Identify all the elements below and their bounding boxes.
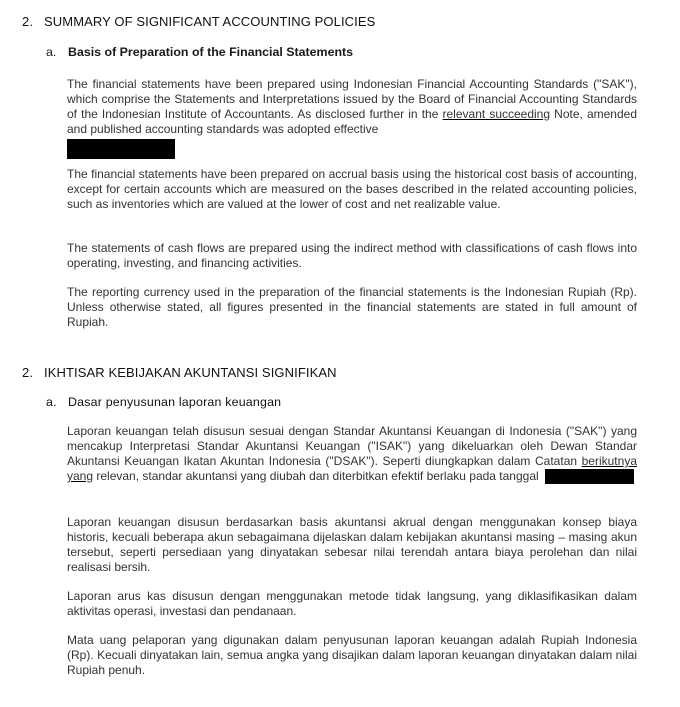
paragraph-en-1: The financial statements have been prepa…: [67, 77, 637, 159]
section-heading-id: 2.IKHTISAR KEBIJAKAN AKUNTANSI SIGNIFIKA…: [22, 365, 337, 380]
paragraph-en-4: The reporting currency used in the prepa…: [67, 285, 637, 330]
section-heading-en: 2.SUMMARY OF SIGNIFICANT ACCOUNTING POLI…: [22, 14, 375, 29]
paragraph-id-1: Laporan keuangan telah disusun sesuai de…: [67, 424, 637, 484]
subsection-letter: a.: [46, 45, 68, 59]
section-title: IKHTISAR KEBIJAKAN AKUNTANSI SIGNIFIKAN: [44, 365, 337, 380]
paragraph-id-4: Mata uang pelaporan yang digunakan dalam…: [67, 633, 637, 678]
underlined-text: relevant succeeding: [443, 107, 551, 121]
redaction-block: [67, 139, 175, 159]
text: relevan, standar akuntansi yang diubah d…: [93, 469, 539, 483]
paragraph-en-3: The statements of cash flows are prepare…: [67, 241, 637, 271]
redaction-inline: [545, 469, 634, 484]
paragraph-id-2: Laporan keuangan disusun berdasarkan bas…: [67, 515, 637, 575]
subsection-heading-en: a.Basis of Preparation of the Financial …: [46, 45, 353, 59]
text: Laporan keuangan telah disusun sesuai de…: [67, 424, 637, 468]
subsection-heading-id: a.Dasar penyusunan laporan keuangan: [46, 395, 281, 409]
section-number: 2.: [22, 365, 44, 380]
paragraph-id-3: Laporan arus kas disusun dengan mengguna…: [67, 589, 637, 619]
section-number: 2.: [22, 14, 44, 29]
subsection-title: Dasar penyusunan laporan keuangan: [68, 395, 281, 409]
subsection-title: Basis of Preparation of the Financial St…: [68, 45, 353, 59]
subsection-letter: a.: [46, 395, 68, 409]
section-title: SUMMARY OF SIGNIFICANT ACCOUNTING POLICI…: [44, 14, 375, 29]
paragraph-en-2: The financial statements have been prepa…: [67, 167, 637, 212]
